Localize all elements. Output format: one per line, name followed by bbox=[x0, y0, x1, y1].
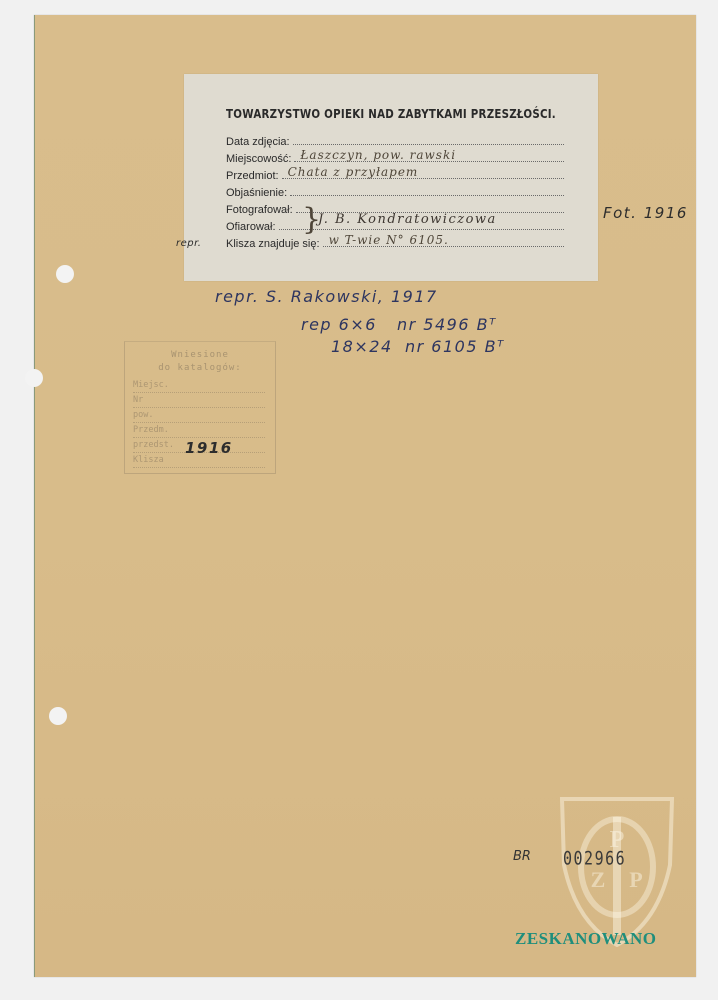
negative-handwritten: w T-wie N° 6105. bbox=[329, 233, 449, 247]
field-explanation: Objaśnienie: bbox=[226, 182, 564, 199]
repro-size-1: rep 6×6 bbox=[301, 315, 377, 334]
field-subject: Przedmiot: Chata z przyłapem bbox=[226, 165, 564, 182]
field-location: Miejscowość: Łaszczyn, pow. rawski bbox=[226, 148, 564, 165]
society-label-card: TOWARZYSTWO OPIEKI NAD ZABYTKAMI PRZESZŁ… bbox=[184, 74, 598, 281]
repr-margin-note: repr. bbox=[176, 238, 201, 249]
label-title: TOWARZYSTWO OPIEKI NAD ZABYTKAMI PRZESZŁ… bbox=[221, 106, 560, 121]
scanned-stamp: ZESKANOWANO bbox=[515, 929, 657, 949]
punch-hole-edge bbox=[25, 369, 43, 387]
repro-size-2: 18×24 bbox=[331, 337, 393, 356]
record-card-paper: TOWARZYSTWO OPIEKI NAD ZABYTKAMI PRZESZŁ… bbox=[34, 15, 696, 977]
svg-text:P: P bbox=[629, 867, 642, 892]
location-handwritten: Łaszczyn, pow. rawski bbox=[300, 148, 456, 162]
repro-number-1: nr 5496 Bᵀ bbox=[397, 315, 497, 334]
photographer-donor-handwritten: J. B. Kondratowiczowa bbox=[318, 212, 497, 227]
repro-number-2: nr 6105 Bᵀ bbox=[405, 337, 505, 356]
stamp-year-handwritten: 1916 bbox=[185, 439, 233, 457]
pzp-shield-logo-icon: P Z P bbox=[558, 795, 676, 947]
catalog-number: 002966 bbox=[563, 847, 626, 870]
fot-year-note: Fot. 1916 bbox=[603, 204, 688, 222]
punch-hole-lower bbox=[49, 707, 67, 725]
field-date: Data zdjęcia: bbox=[226, 131, 564, 148]
svg-text:Z: Z bbox=[591, 867, 606, 892]
punch-hole-upper bbox=[56, 265, 74, 283]
reproduction-note: repr. S. Rakowski, 1917 bbox=[215, 287, 438, 306]
subject-handwritten: Chata z przyłapem bbox=[288, 165, 419, 179]
br-label: BR bbox=[513, 849, 531, 864]
field-negative-location: Klisza znajduje się: w T-wie N° 6105. bbox=[226, 233, 564, 250]
